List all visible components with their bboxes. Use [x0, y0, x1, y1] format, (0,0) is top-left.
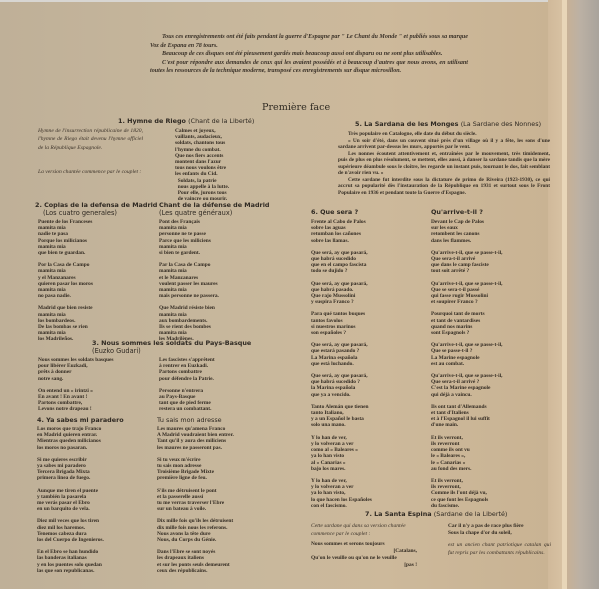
lyric-line: les maures ne passeront pas. [157, 445, 234, 451]
song-title: Qu'arrive-t-il ? [431, 208, 483, 216]
lyric-line: sobre las llamas. [311, 238, 372, 244]
lyric-line: si bien te gardent. [159, 250, 219, 256]
stanza: Dans l'Ebre se sont noyésles drapeaux it… [157, 549, 234, 574]
stanza: Les maures qu'amena FrancoA Madrid voudr… [157, 426, 234, 451]
lyric-line: Porque los milicianos [38, 238, 93, 244]
stanza: Les fascistes s'apprêtentà rentrer en Eu… [159, 357, 215, 382]
background-surface [567, 0, 599, 589]
stanza: Aunque me tiren el puentey también la pa… [37, 488, 104, 513]
lyric-line: dans les flammes. [431, 238, 502, 244]
stanza: Tanto Alemán que tienentanto Italiano,y … [311, 404, 372, 429]
song-subtitle: (Chant de la Liberté) [188, 117, 254, 125]
lyric-line: con el fascismo. [311, 503, 372, 509]
song-5-description: Très populaire en Catalogne, elle date d… [338, 131, 550, 196]
lyric-line: sur un bateau à voile. [157, 506, 234, 512]
song-1-note2: La version chantée commence par le coupl… [38, 168, 143, 176]
intro-paragraph: Tous ces enregistrements ont été faits p… [150, 33, 468, 50]
stanza: Y lo han de ver,y lo volveran a vercomo … [311, 435, 372, 472]
song-title: 5. La Sardana de les Monges [355, 120, 458, 128]
lyric-line: Qu'arrive-t-il, que se passe-t-il, [431, 281, 502, 287]
song-3-heading: 3. Nous sommes les soldats du Pays-Basqu… [92, 339, 251, 355]
song-title: Chant de la défense de Madrid [159, 201, 269, 209]
song-7-lyrics-left: Nous sommes et serons toujours[Catalans,… [311, 541, 417, 569]
lyric-line: Dix mille fois qu'ils les détruisent [157, 518, 234, 524]
lyric-line: Mientras queden milicianos [37, 438, 104, 444]
song-2-heading: 2. Coplas de la defensa de Madrid (Los c… [35, 201, 157, 217]
lyric-line: Tant qu'il y aura des miliciens [157, 438, 234, 444]
song-4-lyrics-es: Los moros que trajo Francoen Madrid quie… [37, 426, 104, 580]
lyric-line: Nous, du Corps du Génie. [157, 537, 234, 543]
lyric-line: pour défendre la Patrie. [159, 376, 215, 382]
stanza: Dix mille fois qu'ils les détruisentdix … [157, 518, 234, 543]
stanza: Que Madrid résiste bienmamita miaaux bom… [159, 305, 219, 342]
stanza: Qu'arrive-t-il, que se passe-t-il,Que se… [431, 373, 502, 398]
lyric-line: restera un combattant. [159, 406, 215, 412]
stanza: Si me quieres escribirya sabes mi parade… [37, 457, 104, 482]
stanza: Pourquoi tant de mortset tant de vantard… [431, 311, 502, 336]
face-title: Première face [262, 102, 330, 113]
sleeve-edge [548, 0, 562, 589]
lyric-line: et soupirer Franco ? [431, 299, 502, 305]
lyric-line: que bien te guardan. [38, 250, 93, 256]
song-7-note2: est un ancien chant patriotique catalan … [448, 541, 551, 558]
song-4-heading: 4. Ya sabes mi paradero [37, 416, 124, 424]
stanza: Personne n'entreraau Pays-Basquetant que… [159, 388, 215, 413]
lyric-line: soldats, chantons tous [175, 140, 229, 146]
lyric-line: et sur les ponts seuls demeurent [157, 562, 234, 568]
stanza: Frente al Cabo de Palossobre las aguasre… [311, 219, 372, 244]
stanza: Et ils verront,ils reverrontcomme ils on… [431, 435, 502, 472]
stanza: Calmes et joyeux,vaillants, audacieux,so… [175, 128, 229, 202]
song-subtitle: (Sardane de la Liberté) [434, 510, 508, 518]
lyric-line: Para qué tantos buques [311, 311, 372, 317]
song-7-lyrics-right: Car il n'y a pas de race plus fièreSous … [448, 523, 524, 543]
song-2-lyrics-es: Puente de los Francesesmamita mianadie t… [38, 219, 93, 349]
lyric-line: est au combat. [431, 361, 502, 367]
song-title: 1. Hymne de Riego [118, 117, 186, 125]
song-title: Tu sais mon adresse [157, 416, 222, 424]
song-2-heading-fr: Chant de la défense de Madrid (Les quatr… [159, 201, 269, 217]
song-title: 6. Que sera ? [311, 208, 358, 216]
song-3-lyrics-right: Les fascistes s'apprêtentà rentrer en Eu… [159, 357, 215, 419]
lyric-line: en un barquito de vela. [37, 506, 104, 512]
song-6-heading-fr: Qu'arrive-t-il ? [431, 208, 483, 216]
lyric-line: [pas ! [311, 562, 417, 569]
lyric-line: solo una mano. [311, 422, 372, 428]
paragraph: Cette sardane fut interdite sous la dict… [338, 177, 550, 197]
lyric-line: Sous la chape d'or du soleil, [448, 530, 524, 537]
stanza: On entend un « irintzi »En avant ! En av… [38, 388, 113, 413]
stanza: Por la Casa de Campomamita miay el Manza… [38, 262, 93, 299]
lyric-line: première ligne de feu. [157, 475, 234, 481]
lyric-line: que está luchando. [311, 361, 372, 367]
stanza: Qu'arrive-t-il, que se passe-t-il,Que se… [431, 250, 502, 275]
intro-paragraph: Beaucoup de ces disques ont été pieuseme… [150, 50, 468, 59]
paragraph: Les nonnes écoutent attentivement et, en… [338, 151, 550, 177]
song-5-heading: 5. La Sardana de les Monges (La Sardane … [355, 120, 541, 128]
stanza: Puente de los Francesesmamita mianadie t… [38, 219, 93, 256]
song-subtitle: (Les quatre généraux) [159, 209, 269, 217]
stanza: Si tu veux m'écriretu sais mon adresseTr… [157, 457, 234, 482]
lyric-line: qui déjà a vaincu. [431, 392, 502, 398]
lyric-line: [Catalans, [311, 548, 417, 555]
lyric-line: Nous sommes et serons toujours [311, 541, 417, 548]
stanza: Diez mil veces que los tirendiez mil los… [37, 518, 104, 543]
song-6-lyrics-fr: Devant le Cap de Palossur les eauxretomb… [431, 219, 502, 515]
lyric-line: Diez mil veces que los tiren [37, 518, 104, 524]
song-6-lyrics-es: Frente al Cabo de Palossobre las aguasre… [311, 219, 372, 515]
stanza: Qu'arrive-t-il, que se passe-t-il,Que se… [431, 342, 502, 367]
lyric-line: Madrid que bien resiste [38, 305, 93, 311]
lyric-line: Que será, ay que pasará, [311, 281, 372, 287]
stanza: Que será, ay que pasará,que habrá pasado… [311, 281, 372, 306]
stanza: Car il n'y a pas de race plus fièreSous … [448, 523, 524, 537]
song-6-heading: 6. Que sera ? [311, 208, 358, 216]
lyric-line: primera linea de fuego. [37, 475, 104, 481]
lyric-line: y en los puentes solo quedan [37, 562, 104, 568]
stanza: Para qué tantos buquestantos favolossi n… [311, 311, 372, 336]
song-1-heading: 1. Hymne de Riego (Chant de la Liberté) [118, 117, 254, 125]
stanza: Nous sommes les soldats basquespour libé… [38, 357, 113, 382]
lyric-line: dix mille fois nous les referons. [157, 525, 234, 531]
song-title: 4. Ya sabes mi paradero [37, 416, 124, 424]
stanza: Devant le Cap de Palossur les eauxretomb… [431, 219, 502, 244]
stanza: En el Ebro se han hundidolas banderas it… [37, 549, 104, 574]
song-1-lyrics: Calmes et joyeux,vaillants, audacieux,so… [175, 128, 229, 208]
lyric-line: bajo los mares. [311, 466, 372, 472]
lyric-line: Aunque me tiren el puente [37, 488, 104, 494]
lyric-line: Parce que les miliciens [159, 238, 219, 244]
lyric-line: tout soit arrêté ? [431, 268, 502, 274]
lyric-line: las que son republicanas. [37, 568, 104, 574]
lyric-line: ceux des républicains. [157, 568, 234, 574]
song-4-lyrics-fr: Les maures qu'amena FrancoA Madrid voudr… [157, 426, 234, 580]
lyric-line: que ya a vencido. [311, 392, 372, 398]
intro-paragraph: C'est pour répondre aux demandes de ceux… [150, 59, 468, 76]
lyric-line: no pasa nadie. [38, 293, 93, 299]
lyric-line: lo que hacen los Españoles [311, 497, 372, 503]
stanza: Et ils verront,ils reverront,Comme ils l… [431, 478, 502, 509]
stanza: Qu'arrive-t-il, que se passe-t-il,Que se… [431, 281, 502, 306]
lyric-line: Levons notre drapeau ! [38, 406, 113, 412]
lyric-line: l'hymne du combat. [175, 147, 229, 153]
lyric-line: d'une main. [431, 422, 502, 428]
stanza: Que será, ay que pasará,que estará pasan… [311, 342, 372, 367]
lyric-line: Que Madrid résiste bien [159, 305, 219, 311]
lyric-line: notre sang. [38, 376, 113, 382]
lyric-line: todo se dujido ? [311, 268, 372, 274]
song-title: 3. Nous sommes les soldats du Pays-Basqu… [92, 339, 251, 347]
song-subtitle: (Los cuatro generales) [43, 209, 157, 217]
lyric-line: Car il n'y a pas de race plus fière [448, 523, 524, 530]
stanza: Que será, ay que pasará,que habrá sucedi… [311, 373, 372, 398]
lyric-line: y suspira Franco ? [311, 299, 372, 305]
song-subtitle: (La Sardane des Nonnes) [461, 120, 541, 128]
lyric-line: du fascisme. [431, 503, 502, 509]
stanza: S'ils me détruisent le pontet la passere… [157, 488, 234, 513]
song-3-lyrics-left: Nous sommes les soldats basquespour libé… [38, 357, 113, 419]
stanza: Los moros que trajo Francoen Madrid quie… [37, 426, 104, 451]
stanza: Ils ont tant d'Allemandset tant d'Italie… [431, 404, 502, 429]
lyric-line: sont Espagnols ? [431, 330, 502, 336]
intro-text: Tous ces enregistrements ont été faits p… [150, 33, 468, 76]
lyric-line: mais personne ne passera. [159, 293, 219, 299]
song-title: 7. La Santa Espina [365, 510, 432, 518]
paragraph: « Un soir d'été, dans un couvent situé p… [338, 138, 550, 151]
lyric-line: los moros no pasaran. [37, 445, 104, 451]
song-7-note: Cette sardane qui dans sa version chanté… [311, 522, 415, 539]
song-1-note: Hymne de l'insurrection républicaine de … [38, 127, 143, 152]
stanza: Y lo han de ver,y lo volveran a verya lo… [311, 478, 372, 509]
song-title: 2. Coplas de la defensa de Madrid [35, 201, 157, 209]
stanza: Par la Casa de Campomamita miaet le Manz… [159, 262, 219, 299]
song-subtitle: (Euzko Gudari) [92, 347, 251, 355]
lyric-line: au fond des mers. [431, 466, 502, 472]
stanza: Madrid que bien resistemamita mialos bom… [38, 305, 93, 342]
lyric-line: los Madrileños. [38, 336, 93, 342]
stanza: Pont des Françaismamita miapersonne ne t… [159, 219, 219, 256]
song-4-heading-fr: Tu sais mon adresse [157, 416, 222, 424]
stanza: Que será, ay que pasará,que habrá sucedi… [311, 250, 372, 275]
lyric-line: los del Cuerpo de Ingenieros. [37, 537, 104, 543]
song-7-heading: 7. La Santa Espina (Sardane de la Libert… [365, 510, 507, 518]
song-2-lyrics-fr: Pont des Françaismamita miapersonne ne t… [159, 219, 219, 349]
lyric-line: son españoles ? [311, 330, 372, 336]
lyric-line: Qu'on le veuille ou qu'on ne le veuille [311, 555, 417, 562]
